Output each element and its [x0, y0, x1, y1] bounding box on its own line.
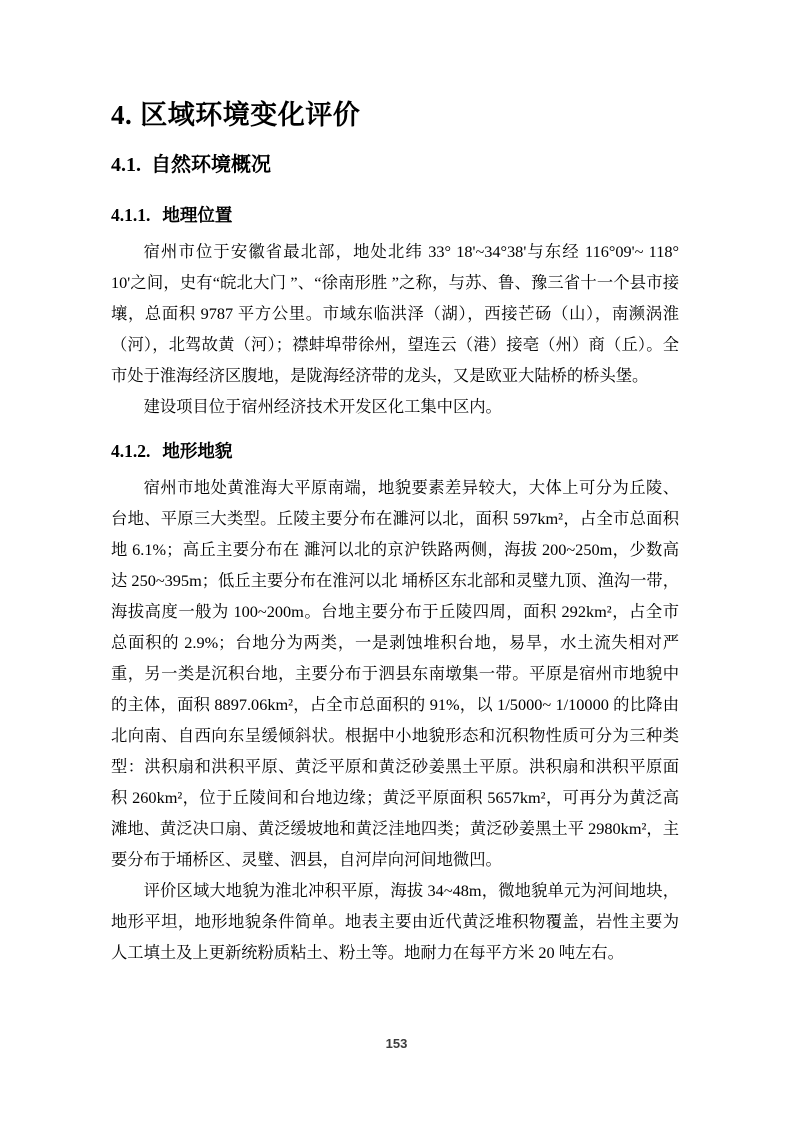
subsection-heading-geography: 4.1.1.地理位置 [111, 202, 679, 228]
paragraph-landform-1: 宿州市地处黄淮海大平原南端，地貌要素差异较大，大体上可分为丘陵、台地、平原三大类… [111, 472, 679, 875]
section-heading: 4.1.自然环境概况 [111, 151, 679, 180]
chapter-title: 4.区域环境变化评价 [111, 97, 679, 133]
chapter-number: 4. [111, 100, 132, 130]
page-number: 153 [0, 1036, 793, 1051]
chapter-title-text: 区域环境变化评价 [140, 100, 360, 130]
subsection-number: 4.1.2. [111, 441, 150, 461]
subsection-heading-text: 地形地貌 [162, 441, 232, 461]
section-number: 4.1. [111, 154, 141, 176]
subsection-number: 4.1.1. [111, 205, 150, 225]
paragraph-geography-2: 建设项目位于宿州经济技术开发区化工集中区内。 [111, 391, 679, 422]
document-page: 4.区域环境变化评价 4.1.自然环境概况 4.1.1.地理位置 宿州市位于安徽… [0, 0, 793, 1122]
paragraph-landform-2: 评价区域大地貌为淮北冲积平原，海拔 34~48m，微地貌单元为河间地块，地形平坦… [111, 875, 679, 968]
paragraph-geography-1: 宿州市位于安徽省最北部，地处北纬 33° 18'~34°38'与东经 116°0… [111, 236, 679, 391]
subsection-landform: 4.1.2.地形地貌 宿州市地处黄淮海大平原南端，地貌要素差异较大，大体上可分为… [111, 438, 679, 968]
subsection-heading-text: 地理位置 [162, 205, 232, 225]
subsection-geography: 4.1.1.地理位置 宿州市位于安徽省最北部，地处北纬 33° 18'~34°3… [111, 202, 679, 422]
document-content: 4.区域环境变化评价 4.1.自然环境概况 4.1.1.地理位置 宿州市位于安徽… [111, 97, 679, 968]
section-heading-text: 自然环境概况 [151, 154, 271, 176]
subsection-heading-landform: 4.1.2.地形地貌 [111, 438, 679, 464]
